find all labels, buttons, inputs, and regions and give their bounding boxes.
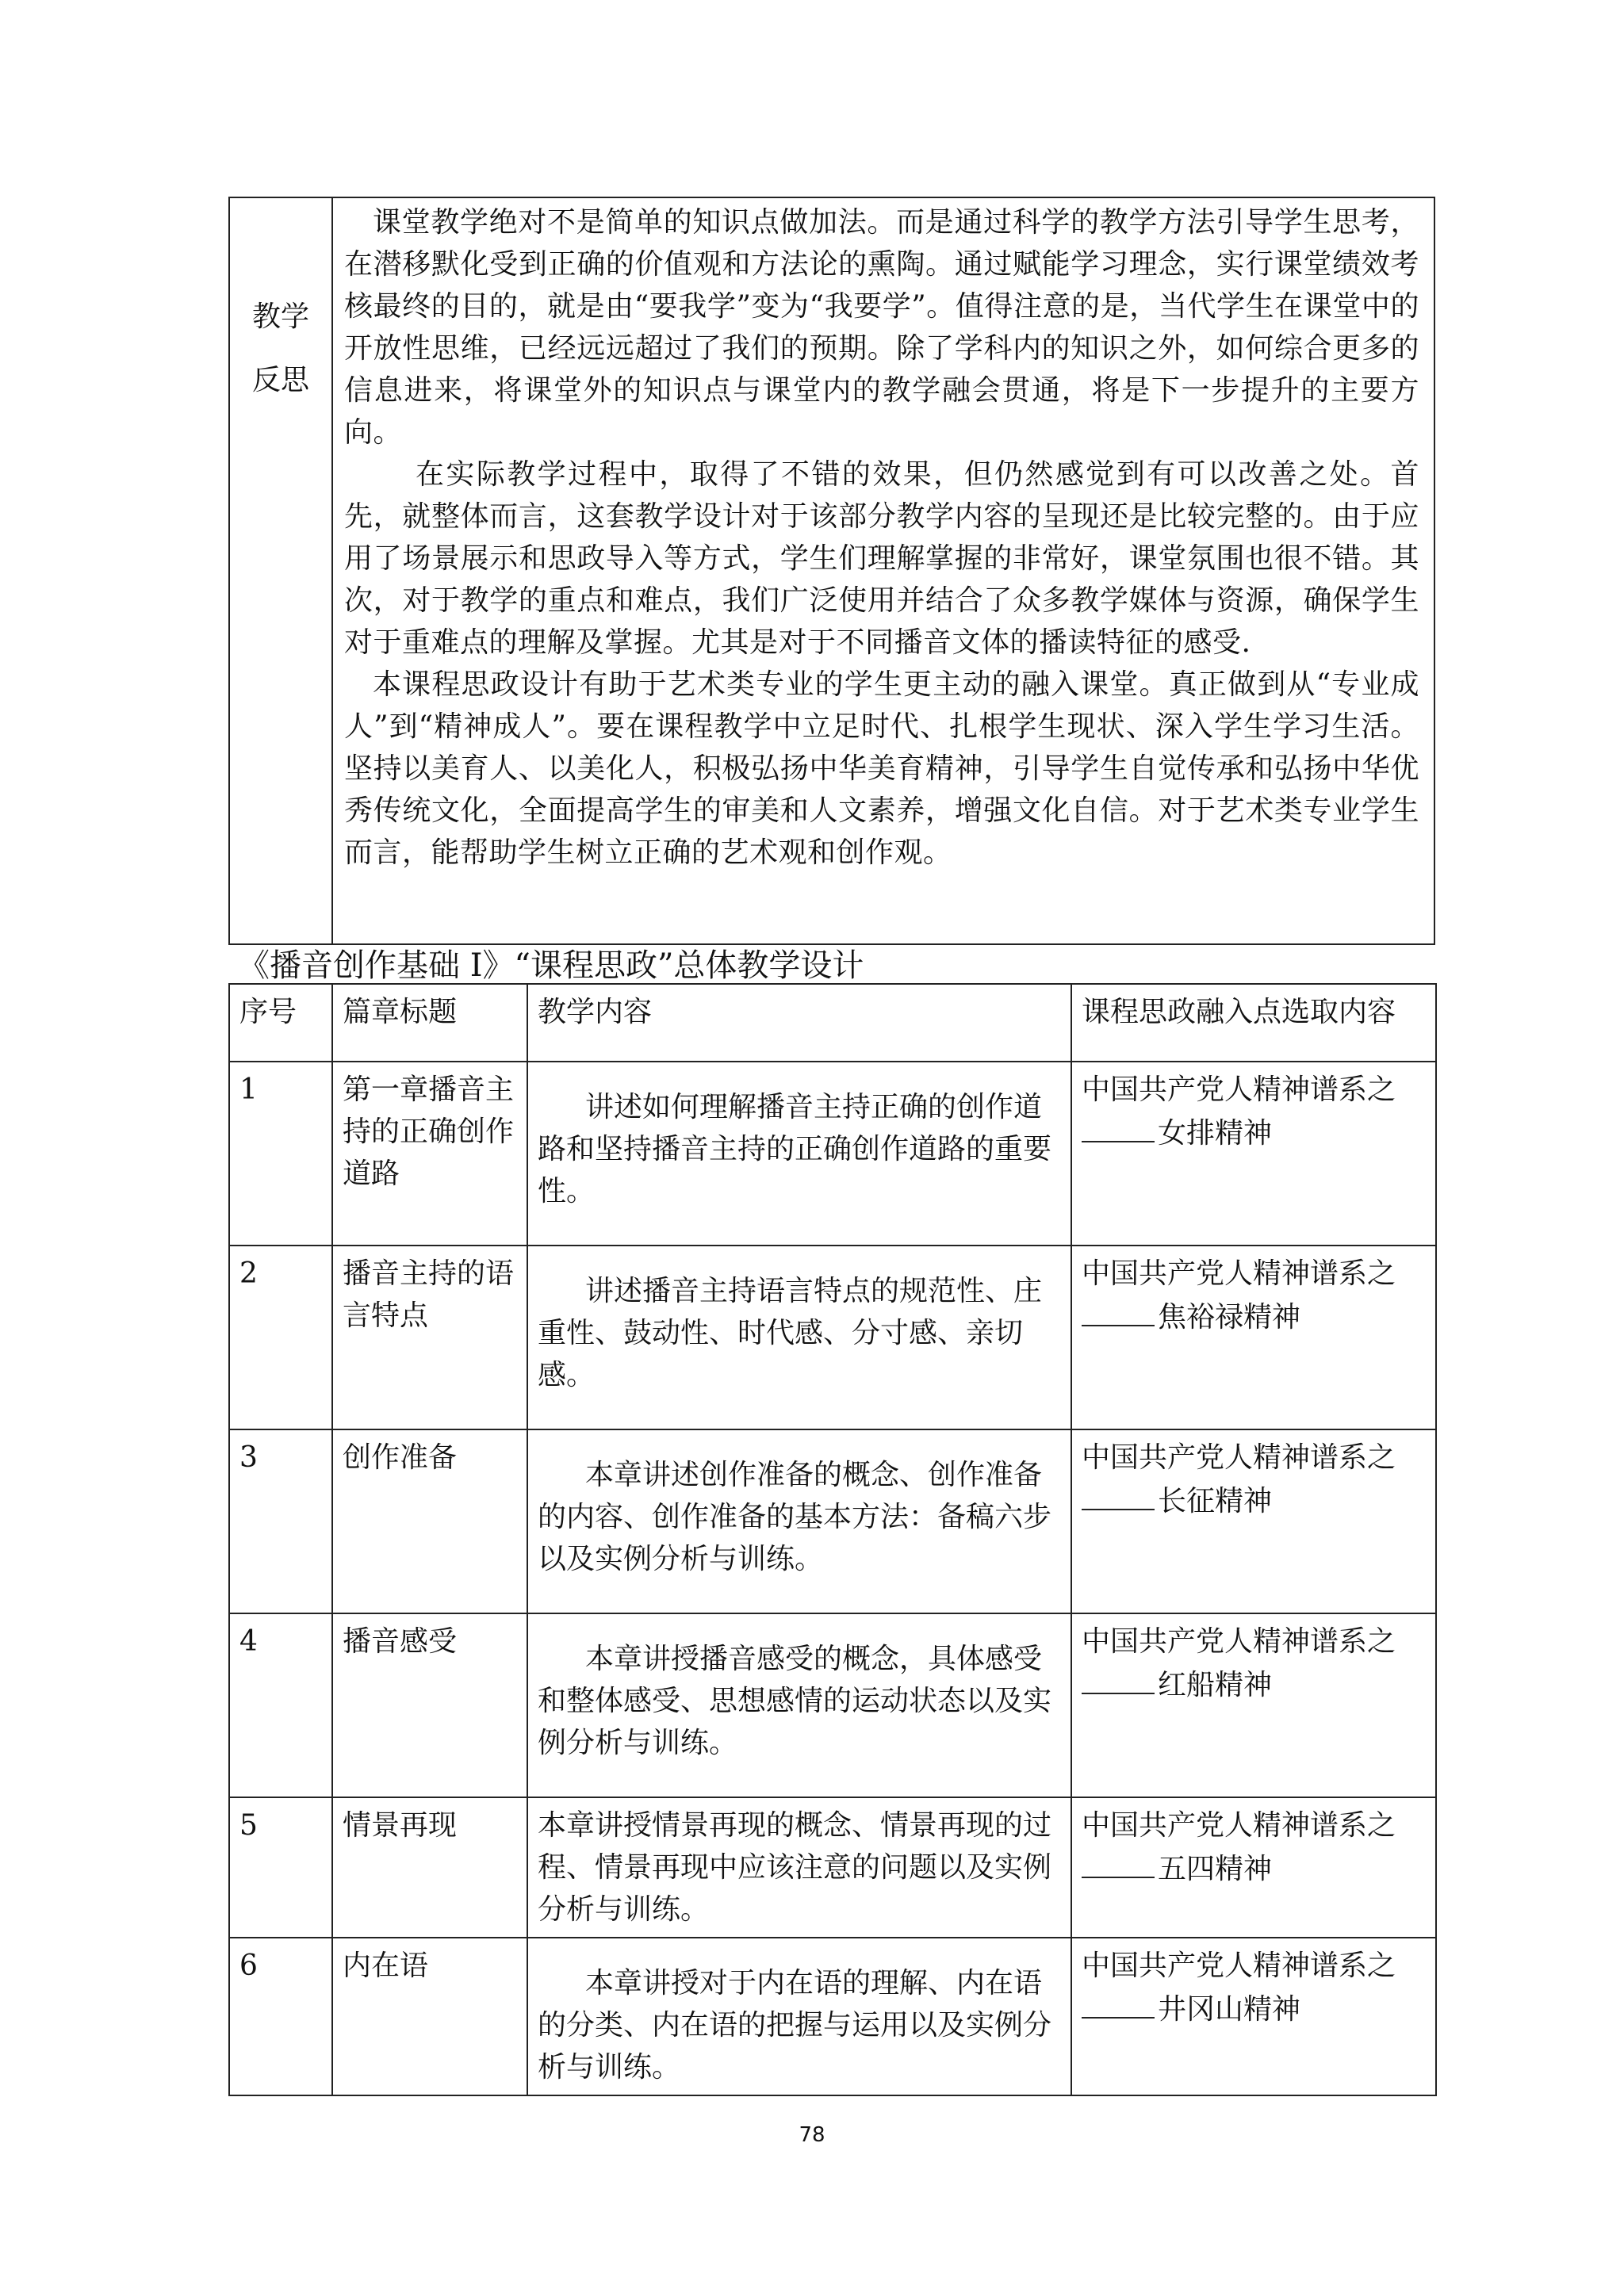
reflection-paragraph: 在实际教学过程中，取得了不错的效果，但仍然感觉到有可以改善之处。首先，就整体而言… xyxy=(344,453,1419,664)
reflection-label-line1: 教学 xyxy=(252,285,309,349)
point-name: 焦裕禄精神 xyxy=(1158,1301,1300,1334)
point-name: 女排精神 xyxy=(1158,1117,1272,1150)
cell-number: 3 xyxy=(229,1429,332,1613)
teaching-design-table: 序号 篇章标题 教学内容 课程思政融入点选取内容 1 第一章播音主持的正确创作道… xyxy=(228,983,1437,2096)
point-name: 五四精神 xyxy=(1158,1853,1272,1885)
cell-number: 4 xyxy=(229,1613,332,1797)
cell-number: 2 xyxy=(229,1246,332,1429)
cell-number: 5 xyxy=(229,1797,332,1938)
blank-underline xyxy=(1082,1663,1155,1694)
header-ideological-point: 课程思政融入点选取内容 xyxy=(1071,984,1436,1062)
reflection-paragraph: 课堂教学绝对不是简单的知识点做加法。而是通过科学的教学方法引导学生思考，在潜移默… xyxy=(344,201,1419,453)
point-prefix: 中国共产党人精神谱系之 xyxy=(1082,1625,1396,1658)
point-prefix: 中国共产党人精神谱系之 xyxy=(1082,1950,1396,1982)
point-prefix: 中国共产党人精神谱系之 xyxy=(1082,1257,1396,1290)
point-prefix: 中国共产党人精神谱系之 xyxy=(1082,1073,1396,1106)
blank-underline xyxy=(1082,1846,1155,1878)
cell-ideological-point: 中国共产党人精神谱系之 女排精神 xyxy=(1071,1062,1436,1246)
point-name: 井冈山精神 xyxy=(1158,1993,1300,2026)
table-row: 4 播音感受 本章讲授播音感受的概念，具体感受和整体感受、思想感情的运动状态以及… xyxy=(229,1613,1436,1797)
reflection-label-line2: 反思 xyxy=(252,349,309,412)
header-teaching-content: 教学内容 xyxy=(527,984,1071,1062)
cell-teaching-content: 讲述播音主持语言特点的规范性、庄重性、鼓动性、时代感、分寸感、亲切感。 xyxy=(527,1246,1071,1429)
blank-underline xyxy=(1082,1295,1155,1326)
table-row: 2 播音主持的语言特点 讲述播音主持语言特点的规范性、庄重性、鼓动性、时代感、分… xyxy=(229,1246,1436,1429)
reflection-label-cell: 教学 反思 xyxy=(230,198,333,943)
point-prefix: 中国共产党人精神谱系之 xyxy=(1082,1441,1396,1474)
cell-chapter-title: 第一章播音主持的正确创作道路 xyxy=(332,1062,527,1246)
header-chapter-title: 篇章标题 xyxy=(332,984,527,1062)
cell-chapter-title: 创作准备 xyxy=(332,1429,527,1613)
table-row: 5 情景再现 本章讲授情景再现的概念、情景再现的过程、情景再现中应该注意的问题以… xyxy=(229,1797,1436,1938)
cell-chapter-title: 播音感受 xyxy=(332,1613,527,1797)
cell-ideological-point: 中国共产党人精神谱系之 井冈山精神 xyxy=(1071,1938,1436,2095)
cell-teaching-content: 本章讲授播音感受的概念，具体感受和整体感受、思想感情的运动状态以及实例分析与训练… xyxy=(527,1613,1071,1797)
point-name: 红船精神 xyxy=(1158,1669,1272,1701)
cell-teaching-content: 本章讲授对于内在语的理解、内在语的分类、内在语的把握与运用以及实例分析与训练。 xyxy=(527,1938,1071,2095)
blank-underline xyxy=(1082,1987,1155,2019)
table-row: 6 内在语 本章讲授对于内在语的理解、内在语的分类、内在语的把握与运用以及实例分… xyxy=(229,1938,1436,2095)
reflection-body-cell: 课堂教学绝对不是简单的知识点做加法。而是通过科学的教学方法引导学生思考，在潜移默… xyxy=(333,198,1434,943)
cell-ideological-point: 中国共产党人精神谱系之 焦裕禄精神 xyxy=(1071,1246,1436,1429)
cell-chapter-title: 内在语 xyxy=(332,1938,527,2095)
blank-underline xyxy=(1082,1111,1155,1142)
cell-ideological-point: 中国共产党人精神谱系之 红船精神 xyxy=(1071,1613,1436,1797)
table-row: 1 第一章播音主持的正确创作道路 讲述如何理解播音主持正确的创作道路和坚持播音主… xyxy=(229,1062,1436,1246)
cell-number: 6 xyxy=(229,1938,332,2095)
cell-chapter-title: 播音主持的语言特点 xyxy=(332,1246,527,1429)
cell-teaching-content: 本章讲述创作准备的概念、创作准备的内容、创作准备的基本方法：备稿六步以及实例分析… xyxy=(527,1429,1071,1613)
cell-ideological-point: 中国共产党人精神谱系之 长征精神 xyxy=(1071,1429,1436,1613)
header-number: 序号 xyxy=(229,984,332,1062)
cell-number: 1 xyxy=(229,1062,332,1246)
cell-teaching-content: 讲述如何理解播音主持正确的创作道路和坚持播音主持的正确创作道路的重要性。 xyxy=(527,1062,1071,1246)
teaching-reflection-table: 教学 反思 课堂教学绝对不是简单的知识点做加法。而是通过科学的教学方法引导学生思… xyxy=(228,197,1435,945)
table-header-row: 序号 篇章标题 教学内容 课程思政融入点选取内容 xyxy=(229,984,1436,1062)
section-title: 《播音创作基础 I》“课程思政”总体教学设计 xyxy=(238,943,864,988)
table-row: 3 创作准备 本章讲述创作准备的概念、创作准备的内容、创作准备的基本方法：备稿六… xyxy=(229,1429,1436,1613)
reflection-paragraph: 本课程思政设计有助于艺术类专业的学生更主动的融入课堂。真正做到从“专业成人”到“… xyxy=(344,664,1419,874)
point-prefix: 中国共产党人精神谱系之 xyxy=(1082,1809,1396,1842)
point-name: 长征精神 xyxy=(1158,1485,1272,1517)
page-number: 78 xyxy=(0,2123,1624,2147)
cell-ideological-point: 中国共产党人精神谱系之 五四精神 xyxy=(1071,1797,1436,1938)
cell-chapter-title: 情景再现 xyxy=(332,1797,527,1938)
cell-teaching-content: 本章讲授情景再现的概念、情景再现的过程、情景再现中应该注意的问题以及实例分析与训… xyxy=(527,1797,1071,1938)
blank-underline xyxy=(1082,1479,1155,1510)
